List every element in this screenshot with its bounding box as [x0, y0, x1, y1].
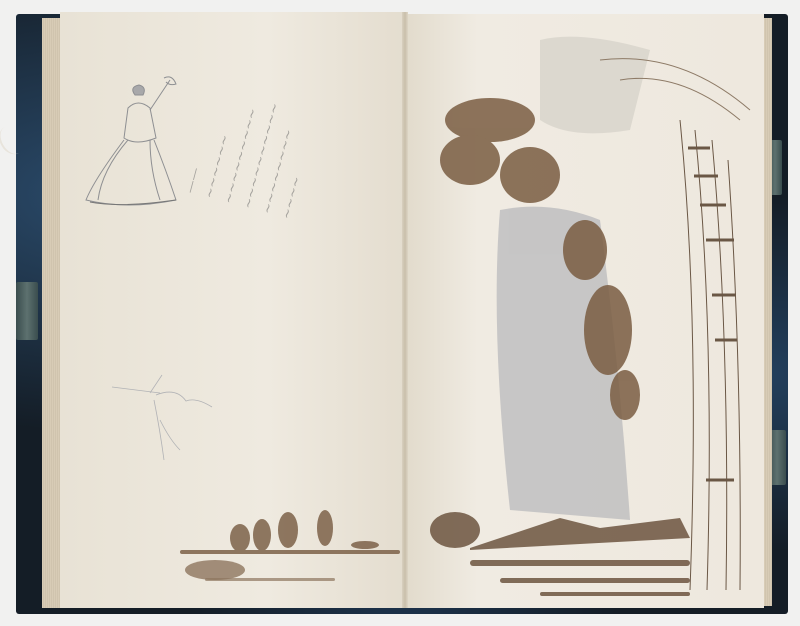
sketches-layer: [0, 0, 800, 626]
sepia-rocky-ground: [430, 512, 690, 596]
faint-figure-sketch: [112, 375, 212, 460]
left-shore-sepia: [180, 510, 400, 581]
woman-in-gown-sketch: [86, 77, 176, 205]
